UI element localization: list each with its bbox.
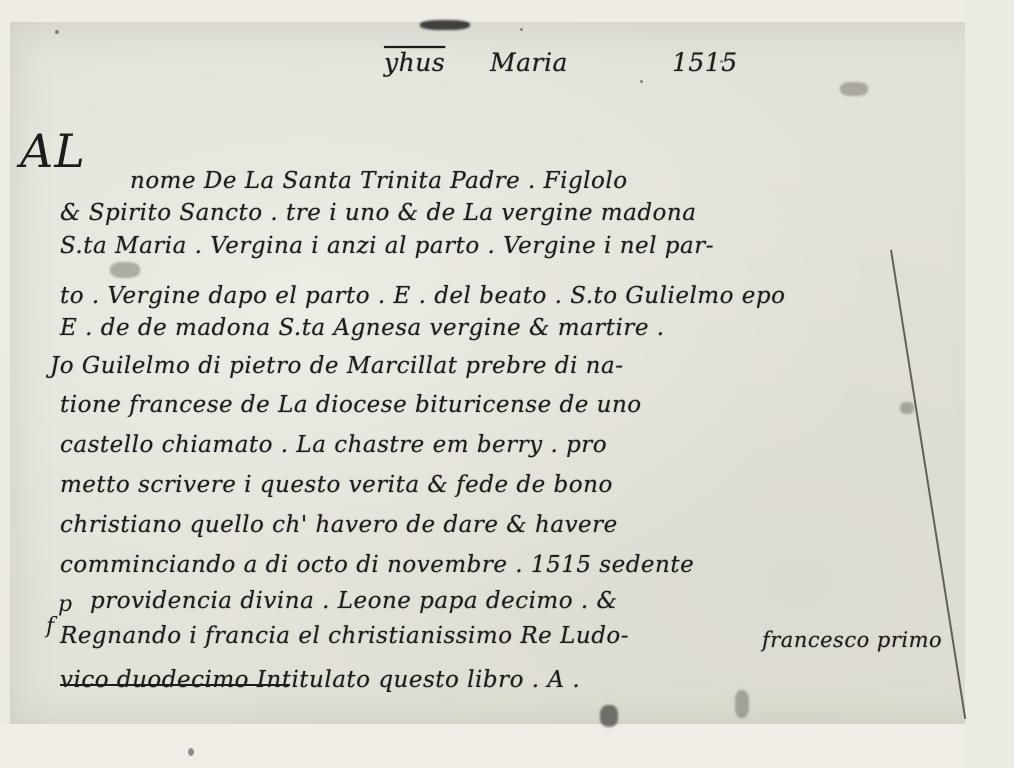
decorated-initial: AL [20,124,86,178]
margin-mark-p: p [58,592,72,617]
manuscript-line-12: providencia divina . Leone papa decimo .… [90,588,618,614]
paper-damage [900,402,914,414]
manuscript-line-10: christiano quello ch' havero de dare & h… [60,512,618,538]
ink-speck [520,28,523,31]
manuscript-line-5: E . de de madona S.ta Agnesa vergine & m… [60,315,665,341]
manuscript-line-8: castello chiamato . La chastre em berry … [60,432,607,458]
ink-speck [188,748,194,756]
paper-stain [840,82,868,96]
photo-lower-margin [0,724,1014,768]
paper-stain [735,690,749,718]
manuscript-line-13: Regnando i francia el christianissimo Re… [60,623,629,649]
manuscript-line-4: to . Vergine dapo el parto . E . del bea… [60,283,785,309]
ink-blot [420,20,470,30]
manuscript-line-14: vico duodecimo Intitulato questo libro .… [60,667,580,693]
manuscript-line-9: metto scrivere i questo verita & fede de… [60,472,613,498]
header-year: 1515 [672,48,738,77]
manuscript-line-3: S.ta Maria . Vergina i anzi al parto . V… [60,233,714,259]
strikethrough-mark [60,684,290,686]
manuscript-line-6: Jo Guilelmo di pietro de Marcillat prebr… [50,353,623,379]
ink-speck [640,80,643,83]
ink-blot [600,705,618,727]
header-invocation: yhus [384,48,445,77]
paper-stain [110,262,140,278]
photo-right-margin [965,0,1014,768]
header-name: Maria [490,48,568,77]
marginal-correction: francesco primo [762,628,942,652]
manuscript-line-2: & Spirito Sancto . tre i uno & de La ver… [60,200,696,226]
manuscript-line-11: comminciando a di octo di novembre . 151… [60,552,694,578]
ink-speck [55,30,59,34]
manuscript-photo: yhus Maria 1515 AL nome De La Santa Trin… [0,0,1014,768]
ink-speck [720,60,723,63]
margin-mark-f: f [46,614,54,639]
manuscript-line-7: tione francese de La diocese bituricense… [60,392,642,418]
manuscript-line-1: nome De La Santa Trinita Padre . Figlolo [130,168,628,194]
